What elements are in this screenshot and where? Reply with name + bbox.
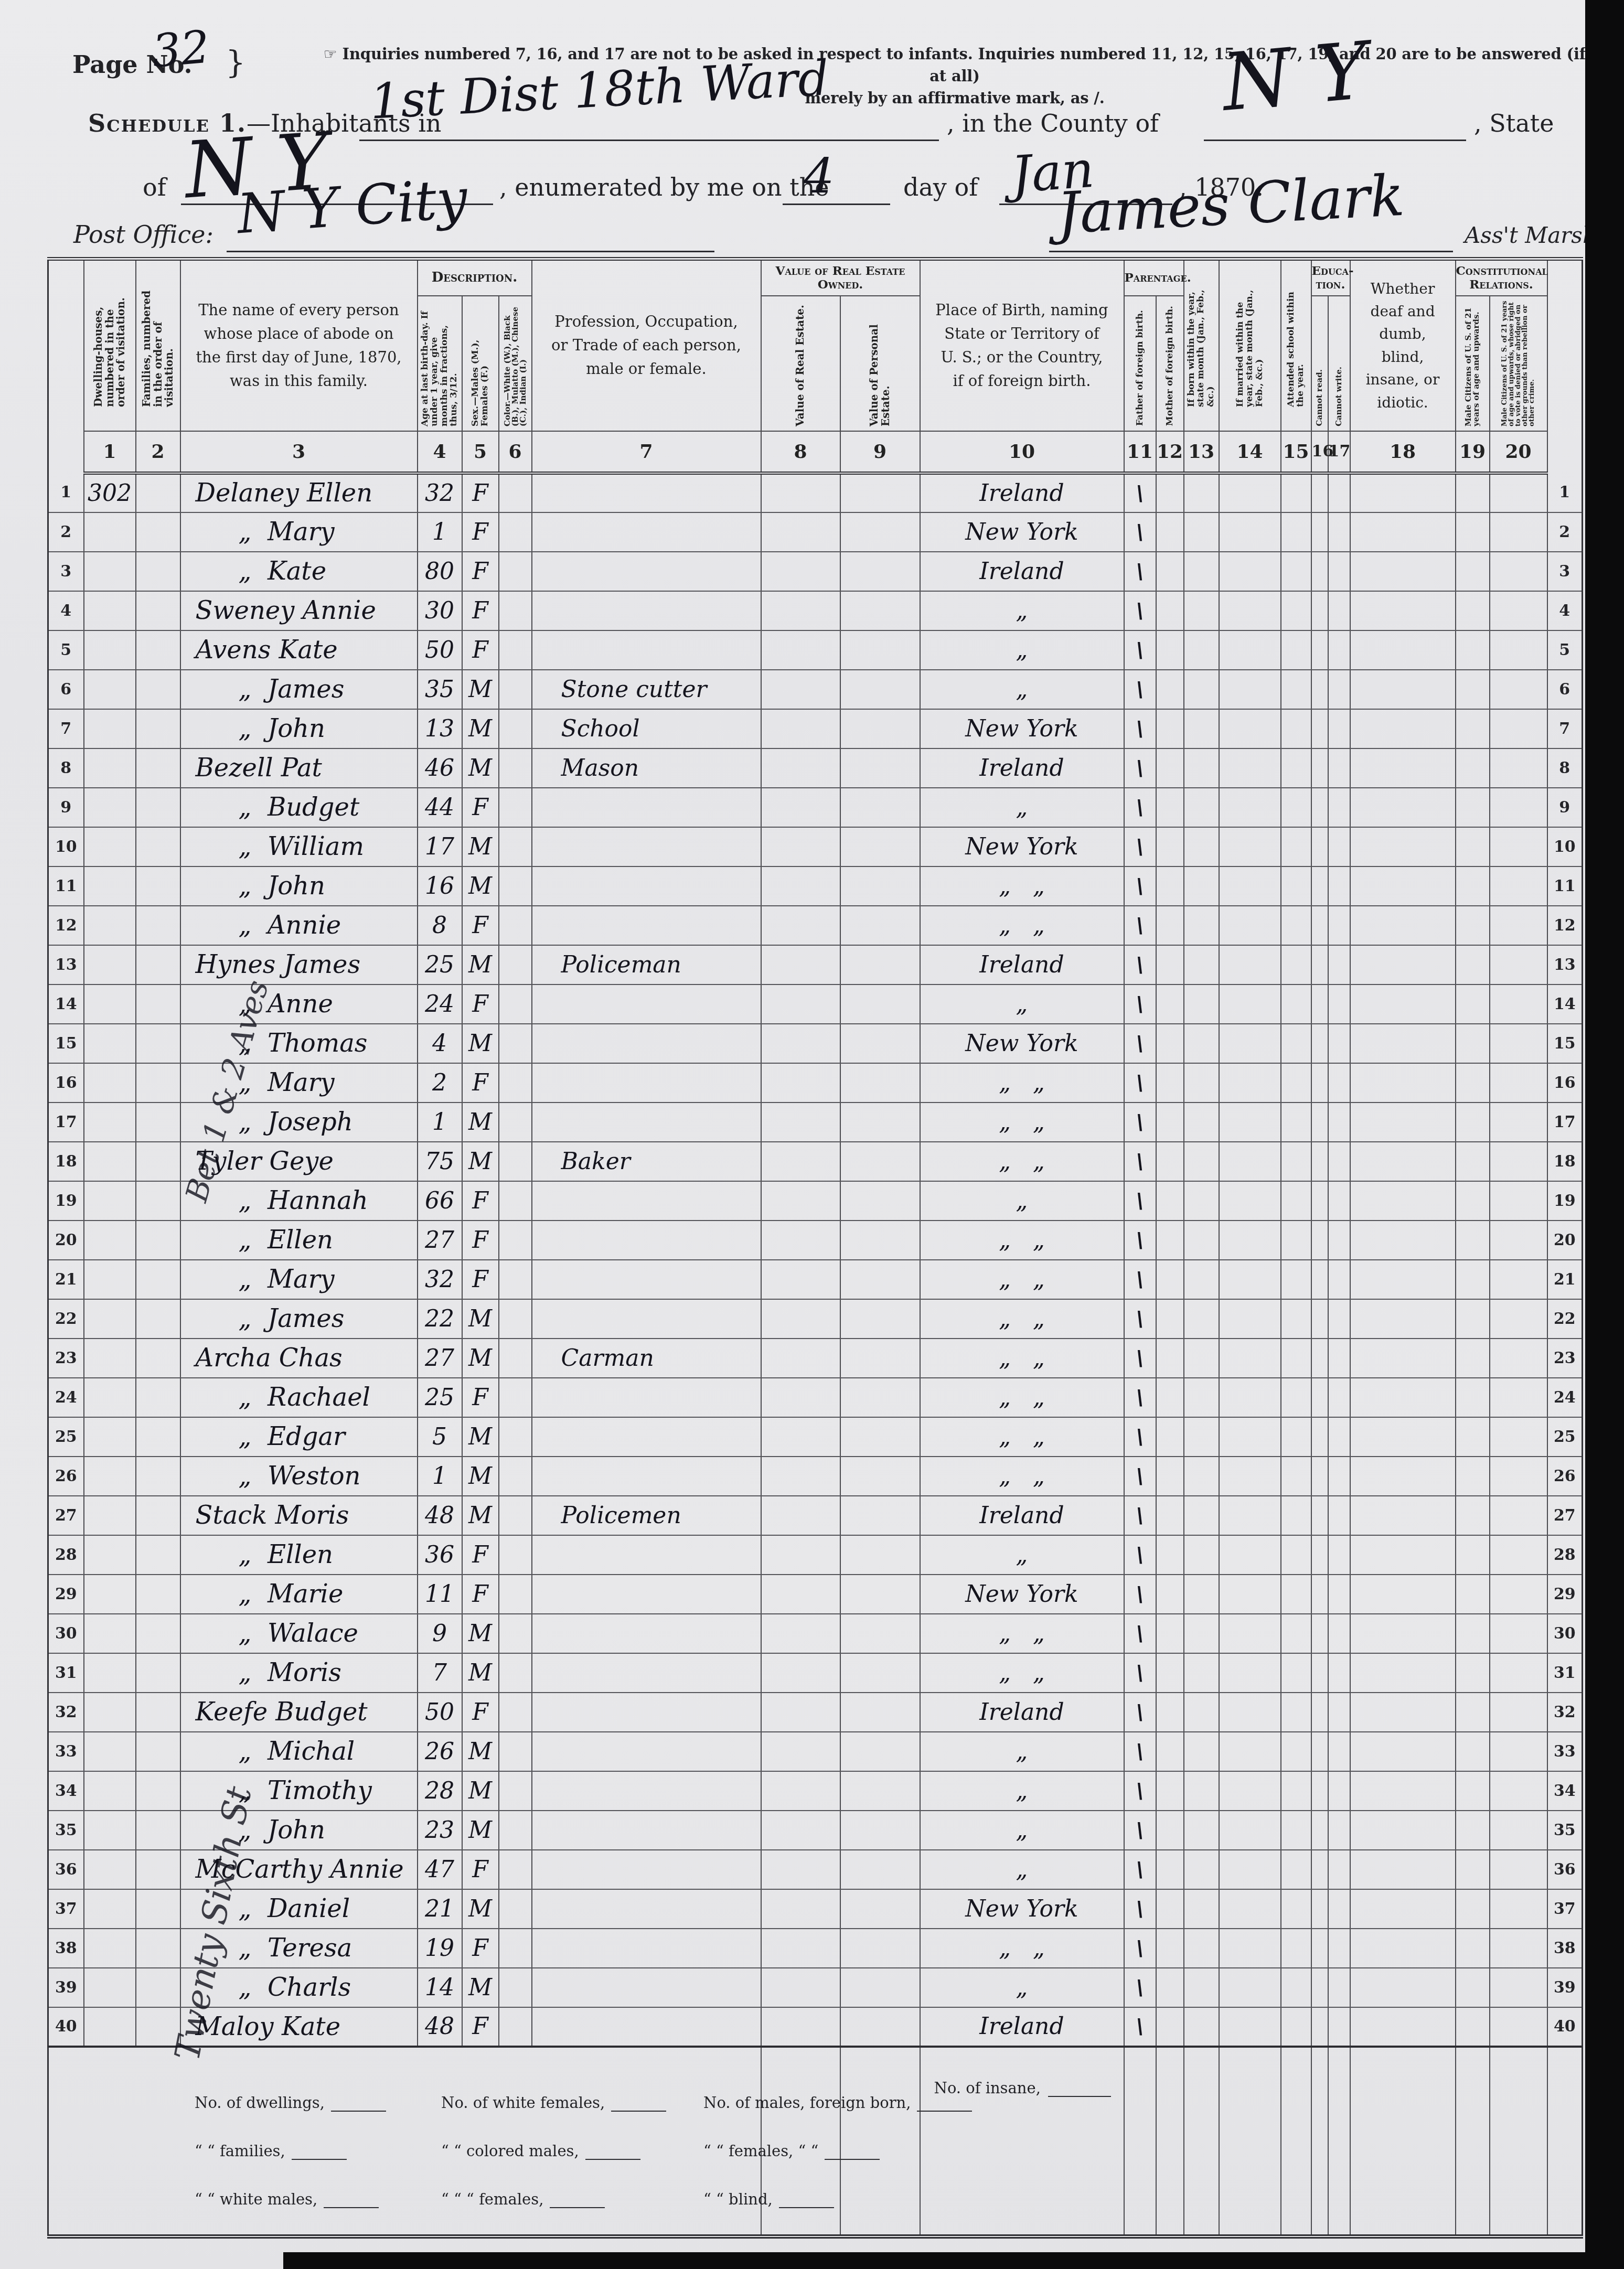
- married-month-cell: [1219, 1457, 1281, 1496]
- father-foreign-cell: \: [1124, 1653, 1156, 1693]
- age-cell: 47: [418, 1850, 462, 1889]
- birthplace-cell: New York: [920, 1889, 1124, 1929]
- birthplace-cell: „: [920, 1181, 1124, 1221]
- married-month-cell: [1219, 1811, 1281, 1850]
- family-cell: [136, 1339, 180, 1378]
- family-cell: [136, 630, 180, 670]
- family-cell: [136, 1063, 180, 1103]
- instructions: ☞ Inquiries numbered 7, 16, and 17 are n…: [315, 43, 1595, 109]
- enumerated-label: , enumerated by me on the: [499, 173, 829, 201]
- disability-cell: [1350, 630, 1456, 670]
- born-month-cell: [1184, 591, 1219, 630]
- citizen-cell: [1456, 1299, 1490, 1339]
- family-cell: [136, 788, 180, 827]
- sex-cell: M: [462, 1653, 499, 1693]
- post-office-label: Post Office:: [73, 220, 213, 249]
- disability-cell: [1350, 512, 1456, 552]
- dwelling-cell: [84, 1614, 136, 1653]
- cannot-read-cell: [1311, 1221, 1328, 1260]
- occupation-cell: Stone cutter: [532, 670, 761, 709]
- disability-cell: [1350, 1142, 1456, 1181]
- married-month-cell: [1219, 984, 1281, 1024]
- row-number-left: 3: [48, 552, 84, 591]
- cannot-write-cell: [1328, 1968, 1350, 2007]
- married-month-cell: [1219, 1968, 1281, 2007]
- color-cell: [499, 1496, 532, 1535]
- sex-cell: F: [462, 788, 499, 827]
- school-cell: [1281, 906, 1311, 945]
- col-head-married-month: If married within the year, state month …: [1219, 259, 1281, 431]
- cannot-write-cell: [1328, 1653, 1350, 1693]
- mother-foreign-cell: [1156, 984, 1184, 1024]
- col-head-mother-foreign: Mother of foreign birth.: [1156, 296, 1184, 431]
- school-cell: [1281, 1457, 1311, 1496]
- citizen-cell: [1456, 945, 1490, 984]
- cannot-write-cell: [1328, 1496, 1350, 1535]
- real-estate-cell: [761, 1181, 840, 1221]
- county-blank-line: [1204, 140, 1466, 141]
- born-month-cell: [1184, 552, 1219, 591]
- real-estate-cell: [761, 1496, 840, 1535]
- vote-denied-cell: [1490, 1457, 1547, 1496]
- cannot-read-cell: [1311, 1850, 1328, 1889]
- occupation-cell: [532, 552, 761, 591]
- vote-denied-cell: [1490, 1496, 1547, 1535]
- mother-foreign-cell: [1156, 1575, 1184, 1614]
- district-blank-line: [359, 140, 939, 141]
- cannot-write-cell: [1328, 1614, 1350, 1653]
- married-month-cell: [1219, 1889, 1281, 1929]
- school-cell: [1281, 473, 1311, 512]
- dwelling-cell: [84, 1693, 136, 1732]
- birthplace-cell: „: [920, 1850, 1124, 1889]
- table-row: 22„ James22M„ „\22: [48, 1299, 1583, 1339]
- school-cell: [1281, 1417, 1311, 1457]
- name-cell: „ Budget: [180, 788, 418, 827]
- school-cell: [1281, 945, 1311, 984]
- vote-denied-cell: [1490, 906, 1547, 945]
- married-month-cell: [1219, 1496, 1281, 1535]
- cannot-write-cell: [1328, 1771, 1350, 1811]
- vote-denied-cell: [1490, 1299, 1547, 1339]
- row-number-left: 17: [48, 1103, 84, 1142]
- citizen-cell: [1456, 670, 1490, 709]
- table-body: 1302Delaney Ellen32FIreland\12„ Mary1FNe…: [48, 473, 1583, 2047]
- age-cell: 24: [418, 984, 462, 1024]
- table-row: 7„ John13MSchoolNew York\7: [48, 709, 1583, 748]
- month-blank-line: [999, 204, 1172, 205]
- row-number-right: 15: [1547, 1024, 1583, 1063]
- born-month-cell: [1184, 1417, 1219, 1457]
- occupation-cell: [532, 1889, 761, 1929]
- color-cell: [499, 1535, 532, 1575]
- name-cell: „ John: [180, 1811, 418, 1850]
- school-cell: [1281, 1771, 1311, 1811]
- birthplace-cell: Ireland: [920, 945, 1124, 984]
- father-foreign-cell: \: [1124, 906, 1156, 945]
- dwelling-cell: [84, 1968, 136, 2007]
- occupation-cell: [532, 866, 761, 906]
- col-head-personal-estate: Value of Personal Estate.: [840, 296, 920, 431]
- mother-foreign-cell: [1156, 788, 1184, 827]
- mother-foreign-cell: [1156, 1496, 1184, 1535]
- row-number-right: 14: [1547, 984, 1583, 1024]
- disability-cell: [1350, 1614, 1456, 1653]
- mother-foreign-cell: [1156, 748, 1184, 788]
- real-estate-cell: [761, 1653, 840, 1693]
- personal-estate-cell: [840, 1221, 920, 1260]
- vote-denied-cell: [1490, 1063, 1547, 1103]
- cannot-write-cell: [1328, 1103, 1350, 1142]
- dwelling-cell: [84, 1929, 136, 1968]
- father-foreign-cell: \: [1124, 1221, 1156, 1260]
- sex-cell: F: [462, 1221, 499, 1260]
- dwelling-cell: [84, 2007, 136, 2047]
- cannot-read-cell: [1311, 1378, 1328, 1417]
- personal-estate-cell: [840, 1496, 920, 1535]
- name-cell: Keefe Budget: [180, 1693, 418, 1732]
- occupation-cell: [532, 827, 761, 866]
- family-cell: [136, 1535, 180, 1575]
- real-estate-cell: [761, 1221, 840, 1260]
- day-of-label: day of: [903, 173, 978, 201]
- footer-col20: [1490, 2047, 1547, 2236]
- birthplace-cell: „ „: [920, 1653, 1124, 1693]
- born-month-cell: [1184, 984, 1219, 1024]
- born-month-cell: [1184, 1103, 1219, 1142]
- born-month-cell: [1184, 1732, 1219, 1771]
- marshal-blank-line: [1049, 251, 1453, 252]
- col-head-dwellings-label: Dwelling-houses, numbered in the order o…: [93, 280, 127, 409]
- citizen-cell: [1456, 1614, 1490, 1653]
- citizen-cell: [1456, 709, 1490, 748]
- dwelling-cell: [84, 1299, 136, 1339]
- personal-estate-cell: [840, 630, 920, 670]
- real-estate-cell: [761, 1575, 840, 1614]
- name-cell: „ William: [180, 827, 418, 866]
- age-cell: 9: [418, 1614, 462, 1653]
- mother-foreign-cell: [1156, 1299, 1184, 1339]
- mother-foreign-cell: [1156, 552, 1184, 591]
- age-cell: 26: [418, 1732, 462, 1771]
- personal-estate-cell: [840, 1457, 920, 1496]
- age-cell: 5: [418, 1417, 462, 1457]
- table-row: 12„ Annie8F„ „\12: [48, 906, 1583, 945]
- occupation-cell: [532, 1811, 761, 1850]
- father-foreign-cell: \: [1124, 1063, 1156, 1103]
- family-cell: [136, 1221, 180, 1260]
- disability-cell: [1350, 1575, 1456, 1614]
- row-number-left: 33: [48, 1732, 84, 1771]
- citizen-cell: [1456, 1024, 1490, 1063]
- birthplace-cell: New York: [920, 827, 1124, 866]
- born-month-cell: [1184, 1142, 1219, 1181]
- married-month-cell: [1219, 591, 1281, 630]
- table-row: 4Sweney Annie30F„\4: [48, 591, 1583, 630]
- name-cell: „ Anne: [180, 984, 418, 1024]
- father-foreign-cell: \: [1124, 1142, 1156, 1181]
- personal-estate-cell: [840, 473, 920, 512]
- color-cell: [499, 552, 532, 591]
- vote-denied-cell: [1490, 788, 1547, 827]
- group-value-line1: Value of Real Estate: [762, 264, 920, 277]
- family-cell: [136, 1889, 180, 1929]
- stat-colored-females: “ “ “ females,: [441, 2190, 703, 2208]
- school-cell: [1281, 1103, 1311, 1142]
- dwelling-cell: [84, 1103, 136, 1142]
- name-cell: „ Thomas: [180, 1024, 418, 1063]
- color-cell: [499, 788, 532, 827]
- dwelling-cell: [84, 984, 136, 1024]
- personal-estate-cell: [840, 1693, 920, 1732]
- col-head-name: The name of every person whose place of …: [180, 259, 418, 431]
- cannot-write-cell: [1328, 1024, 1350, 1063]
- sex-cell: M: [462, 1771, 499, 1811]
- personal-estate-cell: [840, 945, 920, 984]
- citizen-cell: [1456, 1929, 1490, 1968]
- name-cell: „ Hannah: [180, 1181, 418, 1221]
- sex-cell: M: [462, 1417, 499, 1457]
- citizen-cell: [1456, 866, 1490, 906]
- birthplace-cell: „ „: [920, 906, 1124, 945]
- cannot-write-cell: [1328, 670, 1350, 709]
- table-row: 21„ Mary32F„ „\21: [48, 1260, 1583, 1299]
- col-head-mother-foreign-label: Mother of foreign birth.: [1165, 306, 1174, 428]
- cannot-read-cell: [1311, 512, 1328, 552]
- name-cell: „ Charls: [180, 1968, 418, 2007]
- disability-cell: [1350, 788, 1456, 827]
- color-cell: [499, 827, 532, 866]
- citizen-cell: [1456, 1063, 1490, 1103]
- father-foreign-cell: \: [1124, 1417, 1156, 1457]
- sex-cell: F: [462, 1693, 499, 1732]
- row-number-right: 31: [1547, 1653, 1583, 1693]
- dwelling-cell: [84, 1378, 136, 1417]
- group-constitutional: ConstitutionalRelations.: [1456, 259, 1547, 296]
- day-blank-line: [783, 204, 890, 205]
- brace-glyph: }: [226, 44, 245, 81]
- married-month-cell: [1219, 906, 1281, 945]
- footer-col13: [1184, 2047, 1219, 2236]
- table-row: 29„ Marie11FNew York\29: [48, 1575, 1583, 1614]
- personal-estate-cell: [840, 827, 920, 866]
- cannot-read-cell: [1311, 591, 1328, 630]
- occupation-cell: [532, 1850, 761, 1889]
- vote-denied-cell: [1490, 1260, 1547, 1299]
- citizen-cell: [1456, 1693, 1490, 1732]
- occupation-cell: [532, 1535, 761, 1575]
- footer-col12: [1156, 2047, 1184, 2236]
- family-cell: [136, 1614, 180, 1653]
- occupation-cell: [532, 473, 761, 512]
- married-month-cell: [1219, 709, 1281, 748]
- born-month-cell: [1184, 1024, 1219, 1063]
- married-month-cell: [1219, 1929, 1281, 1968]
- sex-cell: F: [462, 1929, 499, 1968]
- cannot-read-cell: [1311, 1811, 1328, 1850]
- color-cell: [499, 1299, 532, 1339]
- mother-foreign-cell: [1156, 1181, 1184, 1221]
- row-number-left: 2: [48, 512, 84, 552]
- color-cell: [499, 1693, 532, 1732]
- col-num-16: 16: [1311, 431, 1328, 473]
- instructions-line1: Inquiries numbered 7, 16, and 17 are not…: [343, 45, 1586, 85]
- col-num-20: 20: [1490, 431, 1547, 473]
- stat-families-blank: [292, 2144, 347, 2160]
- citizen-cell: [1456, 1103, 1490, 1142]
- row-number-right: 22: [1547, 1299, 1583, 1339]
- color-cell: [499, 1575, 532, 1614]
- cannot-write-cell: [1328, 473, 1350, 512]
- married-month-cell: [1219, 1024, 1281, 1063]
- cannot-read-cell: [1311, 709, 1328, 748]
- real-estate-cell: [761, 1457, 840, 1496]
- census-table: Dwelling-houses, numbered in the order o…: [47, 257, 1583, 2239]
- age-cell: 48: [418, 1496, 462, 1535]
- dwelling-cell: [84, 945, 136, 984]
- col-head-vote-denied: Male Citizens of U. S. of 21 years of ag…: [1490, 296, 1547, 431]
- dwelling-cell: [84, 1221, 136, 1260]
- cannot-read-cell: [1311, 866, 1328, 906]
- married-month-cell: [1219, 1103, 1281, 1142]
- row-number-right: 13: [1547, 945, 1583, 984]
- stat-colored-males-blank: [585, 2144, 640, 2160]
- age-cell: 19: [418, 1929, 462, 1968]
- family-cell: [136, 1496, 180, 1535]
- mother-foreign-cell: [1156, 1457, 1184, 1496]
- row-number-left: 28: [48, 1535, 84, 1575]
- row-number-left: 22: [48, 1299, 84, 1339]
- name-cell: „ Rachael: [180, 1378, 418, 1417]
- cannot-read-cell: [1311, 552, 1328, 591]
- cannot-write-cell: [1328, 945, 1350, 984]
- birthplace-cell: New York: [920, 709, 1124, 748]
- stat-females-foreign-blank: [825, 2144, 880, 2160]
- row-number-left: 29: [48, 1575, 84, 1614]
- school-cell: [1281, 984, 1311, 1024]
- father-foreign-cell: \: [1124, 1811, 1156, 1850]
- birthplace-cell: Ireland: [920, 748, 1124, 788]
- occupation-cell: [532, 906, 761, 945]
- disability-cell: [1350, 552, 1456, 591]
- col-head-occupation: Profession, Occupation, or Trade of each…: [532, 259, 761, 431]
- color-cell: [499, 1771, 532, 1811]
- sex-cell: M: [462, 1339, 499, 1378]
- born-month-cell: [1184, 1653, 1219, 1693]
- footer-col18: [1350, 2047, 1456, 2236]
- age-cell: 23: [418, 1811, 462, 1850]
- color-cell: [499, 1181, 532, 1221]
- disability-cell: [1350, 1732, 1456, 1771]
- name-cell: „ Annie: [180, 906, 418, 945]
- row-number-left: 38: [48, 1929, 84, 1968]
- cannot-read-cell: [1311, 1024, 1328, 1063]
- mother-foreign-cell: [1156, 1024, 1184, 1063]
- family-cell: [136, 1457, 180, 1496]
- family-cell: [136, 1968, 180, 2007]
- school-cell: [1281, 788, 1311, 827]
- occupation-cell: [532, 1299, 761, 1339]
- father-foreign-cell: \: [1124, 1968, 1156, 2007]
- row-number-left: 7: [48, 709, 84, 748]
- table-row: 15„ Thomas4MNew York\15: [48, 1024, 1583, 1063]
- cannot-write-cell: [1328, 1732, 1350, 1771]
- vote-denied-cell: [1490, 1103, 1547, 1142]
- col-head-citizen: Male Citizens of U. S. of 21 years of ag…: [1456, 296, 1490, 431]
- disability-cell: [1350, 1496, 1456, 1535]
- married-month-cell: [1219, 788, 1281, 827]
- personal-estate-cell: [840, 1614, 920, 1653]
- personal-estate-cell: [840, 1299, 920, 1339]
- name-cell: „ James: [180, 1299, 418, 1339]
- table-row: 8Bezell Pat46MMasonIreland\8: [48, 748, 1583, 788]
- col-num-19: 19: [1456, 431, 1490, 473]
- color-cell: [499, 1142, 532, 1181]
- name-cell: „ Mary: [180, 1260, 418, 1299]
- col-head-birthplace: Place of Birth, naming State or Territor…: [920, 259, 1124, 431]
- citizen-cell: [1456, 827, 1490, 866]
- col-num-10: 10: [920, 431, 1124, 473]
- row-number-right: 12: [1547, 906, 1583, 945]
- dwelling-cell: [84, 1771, 136, 1811]
- married-month-cell: [1219, 670, 1281, 709]
- father-foreign-cell: \: [1124, 788, 1156, 827]
- occupation-cell: [532, 1929, 761, 1968]
- family-cell: [136, 709, 180, 748]
- cannot-read-cell: [1311, 1535, 1328, 1575]
- school-cell: [1281, 512, 1311, 552]
- cannot-read-cell: [1311, 1653, 1328, 1693]
- census-page: { "header": { "page_label": "Page No.", …: [0, 0, 1624, 2269]
- birthplace-cell: „ „: [920, 1929, 1124, 1968]
- col-head-father-foreign-label: Father of foreign birth.: [1135, 310, 1145, 428]
- table-footer: No. of dwellings, No. of white females, …: [48, 2047, 1583, 2236]
- birthplace-cell: Ireland: [920, 2007, 1124, 2047]
- color-cell: [499, 670, 532, 709]
- scan-edge-bottom: [283, 2252, 1624, 2269]
- age-cell: 27: [418, 1339, 462, 1378]
- vote-denied-cell: [1490, 1221, 1547, 1260]
- family-cell: [136, 1811, 180, 1850]
- cannot-write-cell: [1328, 866, 1350, 906]
- table-row: 2„ Mary1FNew York\2: [48, 512, 1583, 552]
- citizen-cell: [1456, 1850, 1490, 1889]
- vote-denied-cell: [1490, 1417, 1547, 1457]
- real-estate-cell: [761, 945, 840, 984]
- mother-foreign-cell: [1156, 591, 1184, 630]
- handwritten-month: Jan: [1009, 140, 1096, 205]
- school-cell: [1281, 552, 1311, 591]
- married-month-cell: [1219, 1693, 1281, 1732]
- handwritten-post-office: N Y City: [235, 166, 469, 246]
- school-cell: [1281, 1496, 1311, 1535]
- row-number-right: 7: [1547, 709, 1583, 748]
- col-num-6: 6: [499, 431, 532, 473]
- color-cell: [499, 866, 532, 906]
- name-cell: „ Moris: [180, 1653, 418, 1693]
- school-cell: [1281, 748, 1311, 788]
- disability-cell: [1350, 1693, 1456, 1732]
- color-cell: [499, 984, 532, 1024]
- cannot-write-cell: [1328, 1575, 1350, 1614]
- born-month-cell: [1184, 827, 1219, 866]
- real-estate-cell: [761, 1889, 840, 1929]
- married-month-cell: [1219, 1260, 1281, 1299]
- col-num-5: 5: [462, 431, 499, 473]
- row-number-right: 3: [1547, 552, 1583, 591]
- family-cell: [136, 1693, 180, 1732]
- real-estate-cell: [761, 1378, 840, 1417]
